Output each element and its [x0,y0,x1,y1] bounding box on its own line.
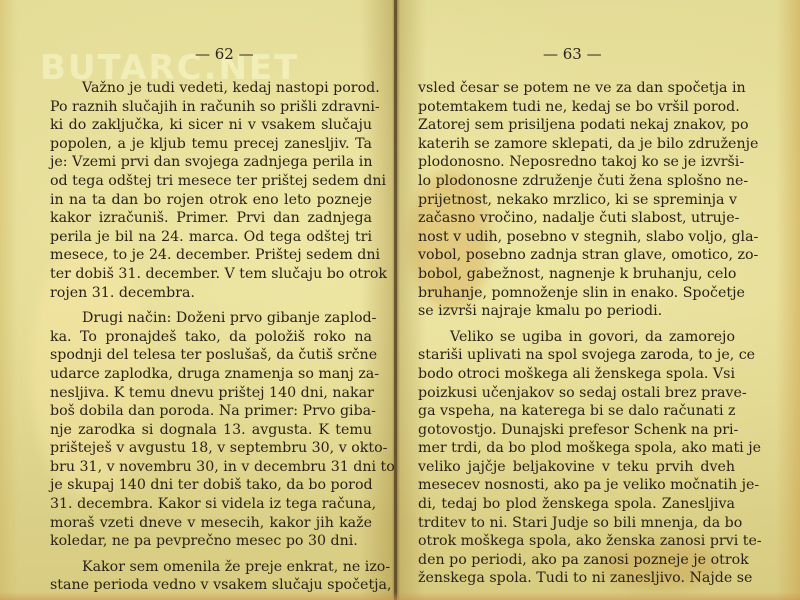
text-line: 31. decembra. Kakor si videla iz tega ra… [50,495,372,514]
text-line: spodnji del telesa ter poslušaš, da čuti… [50,346,372,365]
text-line: nost v udih, posebno v stegnih, slabo vo… [418,228,735,247]
page-edge [0,592,800,600]
text-line: mesecev nosnosti, ako pa je veliko močna… [418,476,735,495]
text-line: Po raznih slučajih in računih so prišli … [50,98,372,117]
text-line: bru 31, v novembru 30, in v decembru 31 … [50,458,372,477]
text-line: perila je bil na 24. marca. Od tega odšt… [50,228,372,247]
paragraph-gap [50,551,372,558]
text-line: in na ta dan bo rojen otrok eno leto poz… [50,191,372,210]
book-spread: BUTARC.NET — 62 — Važno je tudi vedeti, … [0,0,800,600]
right-page-text: vsled česar se potem ne ve za dan spočet… [418,79,735,588]
text-line: Kakor sem omenila že preje enkrat, ne iz… [50,558,372,577]
text-line: plodonosno. Neposredno takoj ko se je iz… [418,153,735,172]
text-line: prijetnost, nekako mrzlico, ki se spremi… [418,191,735,210]
text-line: Drugi način: Doženi prvo gibanje zaplod- [50,309,372,328]
text-line: boš dobila dan poroda. Na primer: Prvo g… [50,402,372,421]
text-line: kakor izračuniš. Primer. Prvi dan zadnje… [50,209,372,228]
text-line: bruhanje, pomnoženje slin in enako. Spoč… [418,284,735,303]
page-number-right: — 63 — [543,45,602,63]
text-line: bobol, gabežnost, nagnenje k bruhanju, c… [418,265,735,284]
text-line: lo plodonosne združenje čuti žena splošn… [418,172,735,191]
text-line: koledar, ne pa pevprečno mesec po 30 dni… [50,532,372,551]
text-line: nje zarodka si dognala 13. avgusta. K te… [50,421,372,440]
text-line: je skupaj 140 dni ter dobiš tako, da bo … [50,476,372,495]
text-line: udarce zaplodka, druga znamenja so manj … [50,365,372,384]
text-line: poizkusi učenjakov so sedaj ostali brez … [418,384,735,403]
text-line: mer trdi, da bo plod moškega spola, ako … [418,439,735,458]
text-line: stariši uplivati na spol svojega zaroda,… [418,346,735,365]
paragraph-gap [50,302,372,309]
text-line: den po periodi, ako pa zanosi pozneje je… [418,551,735,570]
text-line: potemtakem tudi ne, kedaj se bo vršil po… [418,98,735,117]
text-line: ter dobiš 31. december. V tem slučaju bo… [50,265,372,284]
text-line: Važno je tudi vedeti, kedaj nastopi poro… [50,79,372,98]
text-line: bodo otroci moškega ali ženskega spola. … [418,365,735,384]
text-line: prišteješ v avgustu 18, v septembru 30, … [50,439,372,458]
text-line: gotovostjo. Dunajski prefesor Schenk na … [418,421,735,440]
book-gutter [394,0,397,600]
text-line: trditev to ni. Stari Judje so bili mnenj… [418,514,735,533]
text-line: nesljiva. K temu dnevu prištej 140 dni, … [50,384,372,403]
text-line: popolen, a je kljub temu precej zaneslji… [50,135,372,154]
left-page: BUTARC.NET — 62 — Važno je tudi vedeti, … [0,0,396,600]
text-line: otrok moškega spola, ako ženska zanosi p… [418,532,735,551]
text-line: od tega odštej tri mesece ter prištej se… [50,172,372,191]
text-line: katerih se zamore sklepati, da je bilo z… [418,135,735,154]
right-page: — 63 — vsled česar se potem ne ve za dan… [396,0,800,600]
text-line: mesece, to je 24. december. Prištej sede… [50,246,372,265]
text-line: ki do zaključka, ki sicer ni v vsakem sl… [50,116,372,135]
text-line: moraš vzeti dneve v mesecih, kakor jih k… [50,514,372,533]
text-line: ga vspeha, na katerega bi se dalo računa… [418,402,735,421]
text-line: di, tedaj bo plod ženskega spola. Zanesl… [418,495,735,514]
text-line: je: Vzemi prvi dan svojega zadnjega peri… [50,153,372,172]
text-line: Veliko se ugiba in govori, da zamorejo [418,328,735,347]
text-line: Zatorej sem prisiljena podati nekaj znak… [418,116,735,135]
left-page-text: Važno je tudi vedeti, kedaj nastopi poro… [50,79,372,595]
text-line: se izvrši najraje kmalu po periodi. [418,302,735,321]
text-line: vobol, posebno zadnja stran glave, omoti… [418,246,735,265]
text-line: veliko jajčje beljakovine v teku prvih d… [418,458,735,477]
text-line: začasno vročino, nadalje čuti slabost, u… [418,209,735,228]
text-line: vsled česar se potem ne ve za dan spočet… [418,79,735,98]
text-line: ka. To pronajdeš tako, da položiš roko n… [50,328,372,347]
page-number-left: — 62 — [195,45,254,63]
text-line: ženskega spola. Tudi to ni zanesljivo. N… [418,569,735,588]
text-line: rojen 31. decembra. [50,284,372,303]
paragraph-gap [418,321,735,328]
